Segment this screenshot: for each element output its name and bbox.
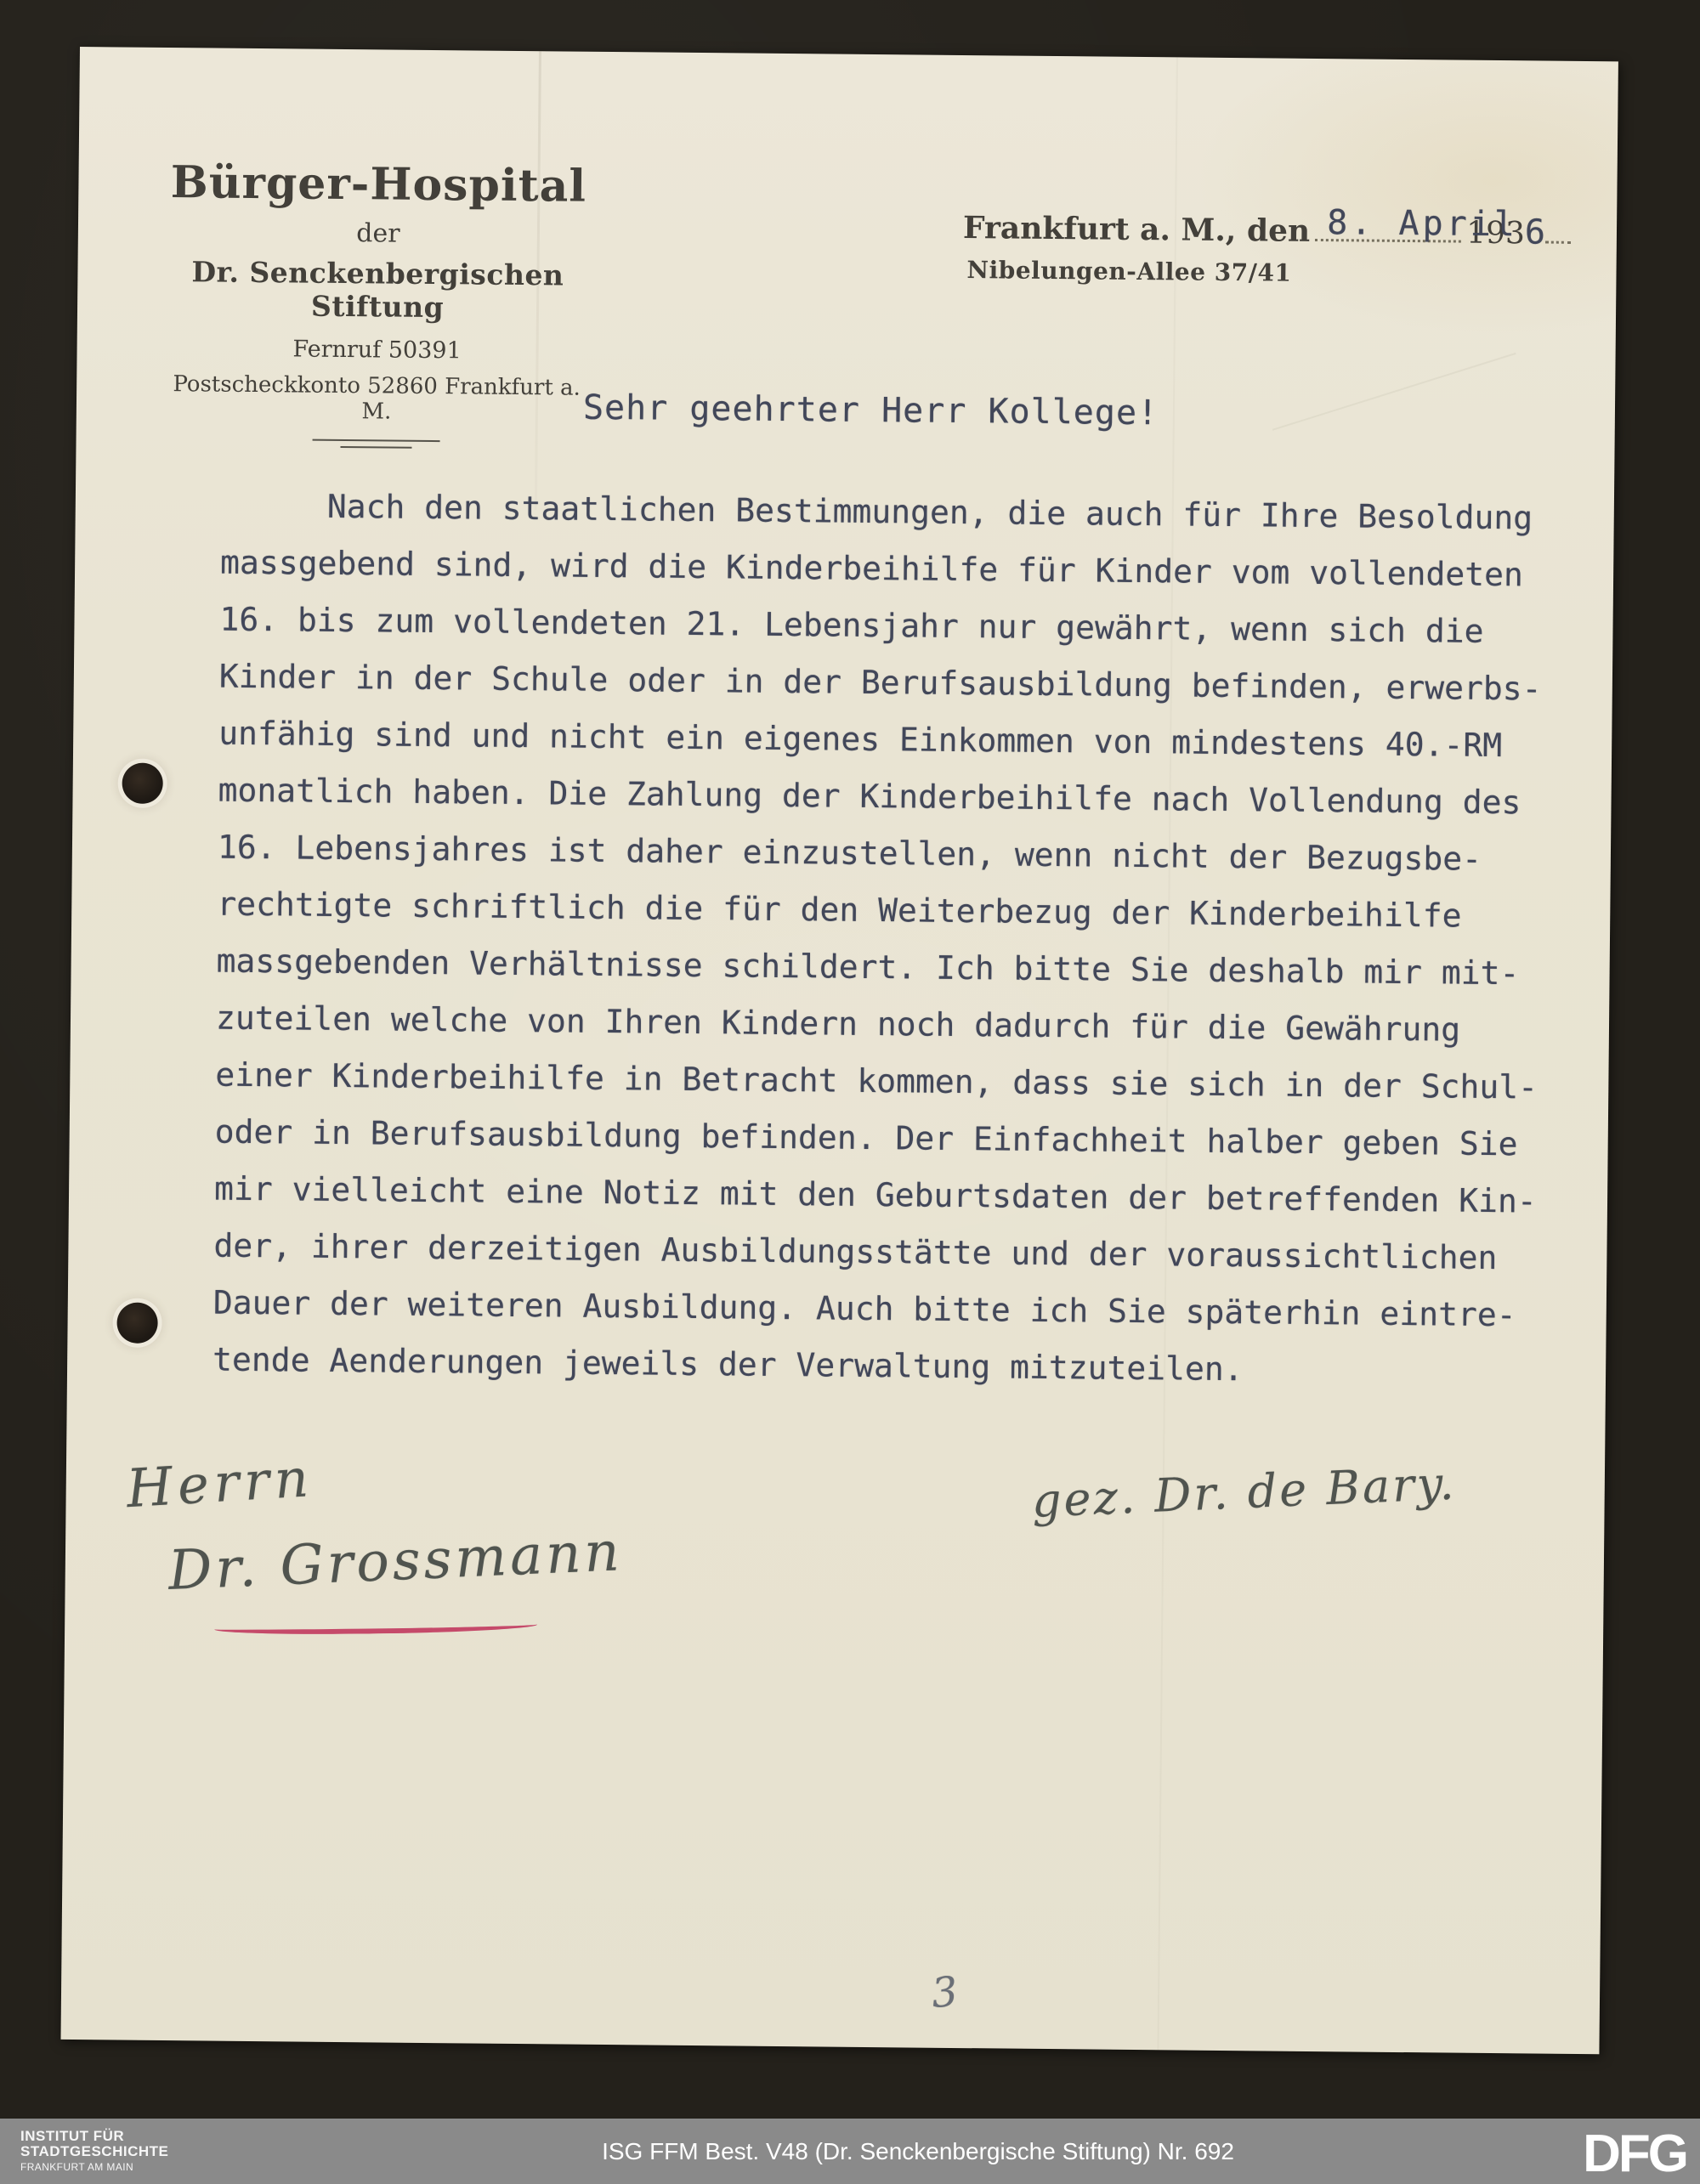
letterhead-foundation: Dr. Senckenbergischen Stiftung <box>156 255 599 325</box>
letterhead-phone: Fernruf 50391 <box>156 335 598 365</box>
archive-reference-caption: ISG FFM Best. V48 (Dr. Senckenbergische … <box>510 2119 1326 2184</box>
letterhead: Bürger-Hospital der Dr. Senckenbergische… <box>155 156 599 450</box>
letterhead-street-address: Nibelungen-Allee 37/41 <box>966 256 1291 287</box>
dateline-dotted-rule: 8. April <box>1315 201 1461 243</box>
red-pencil-underline <box>214 1618 537 1635</box>
isg-logo-line2: STADTGESCHICHTE <box>20 2144 168 2159</box>
salutation: Sehr geehrter Herr Kollege! <box>583 388 1159 433</box>
handwritten-recipient-salutation: Herrn <box>125 1446 315 1519</box>
letter-body: Nach den staatlichen Bestimmungen, die a… <box>212 478 1598 1402</box>
dateline-dotted-tail <box>1545 204 1571 244</box>
isg-logo-line1: INSTITUT FÜR <box>20 2129 168 2144</box>
handwritten-page-number: 3 <box>929 1968 960 2018</box>
dateline: Frankfurt a. M., den 8. April 193 6 <box>963 198 1572 252</box>
dfg-logo: DFG <box>1583 2119 1686 2184</box>
handwritten-signature: gez. Dr. de Bary. <box>1031 1457 1458 1528</box>
isg-logo: INSTITUT FÜR STADTGESCHICHTE FRANKFURT A… <box>20 2129 168 2172</box>
punch-hole <box>122 763 162 804</box>
letter-page: Bürger-Hospital der Dr. Senckenbergische… <box>60 47 1618 2054</box>
dateline-typed-date: 8. April <box>1327 203 1518 244</box>
handwritten-recipient-name: Dr. Grossmann <box>167 1520 624 1603</box>
letterhead-der: der <box>157 217 599 251</box>
archive-footer-bar: INSTITUT FÜR STADTGESCHICHTE FRANKFURT A… <box>0 2119 1700 2184</box>
archival-mat: Bürger-Hospital der Dr. Senckenbergische… <box>0 0 1700 2184</box>
letterhead-postal-account: Postscheckkonto 52860 Frankfurt a. M. <box>156 371 598 427</box>
isg-logo-line3: FRANKFURT AM MAIN <box>20 2162 168 2173</box>
paper-crease <box>1272 353 1516 431</box>
punch-hole <box>116 1302 157 1343</box>
dateline-year-typed: 6 <box>1525 212 1546 252</box>
dateline-place: Frankfurt a. M., den <box>963 210 1311 249</box>
letterhead-rule <box>312 439 439 449</box>
letterhead-title: Bürger-Hospital <box>157 156 600 212</box>
